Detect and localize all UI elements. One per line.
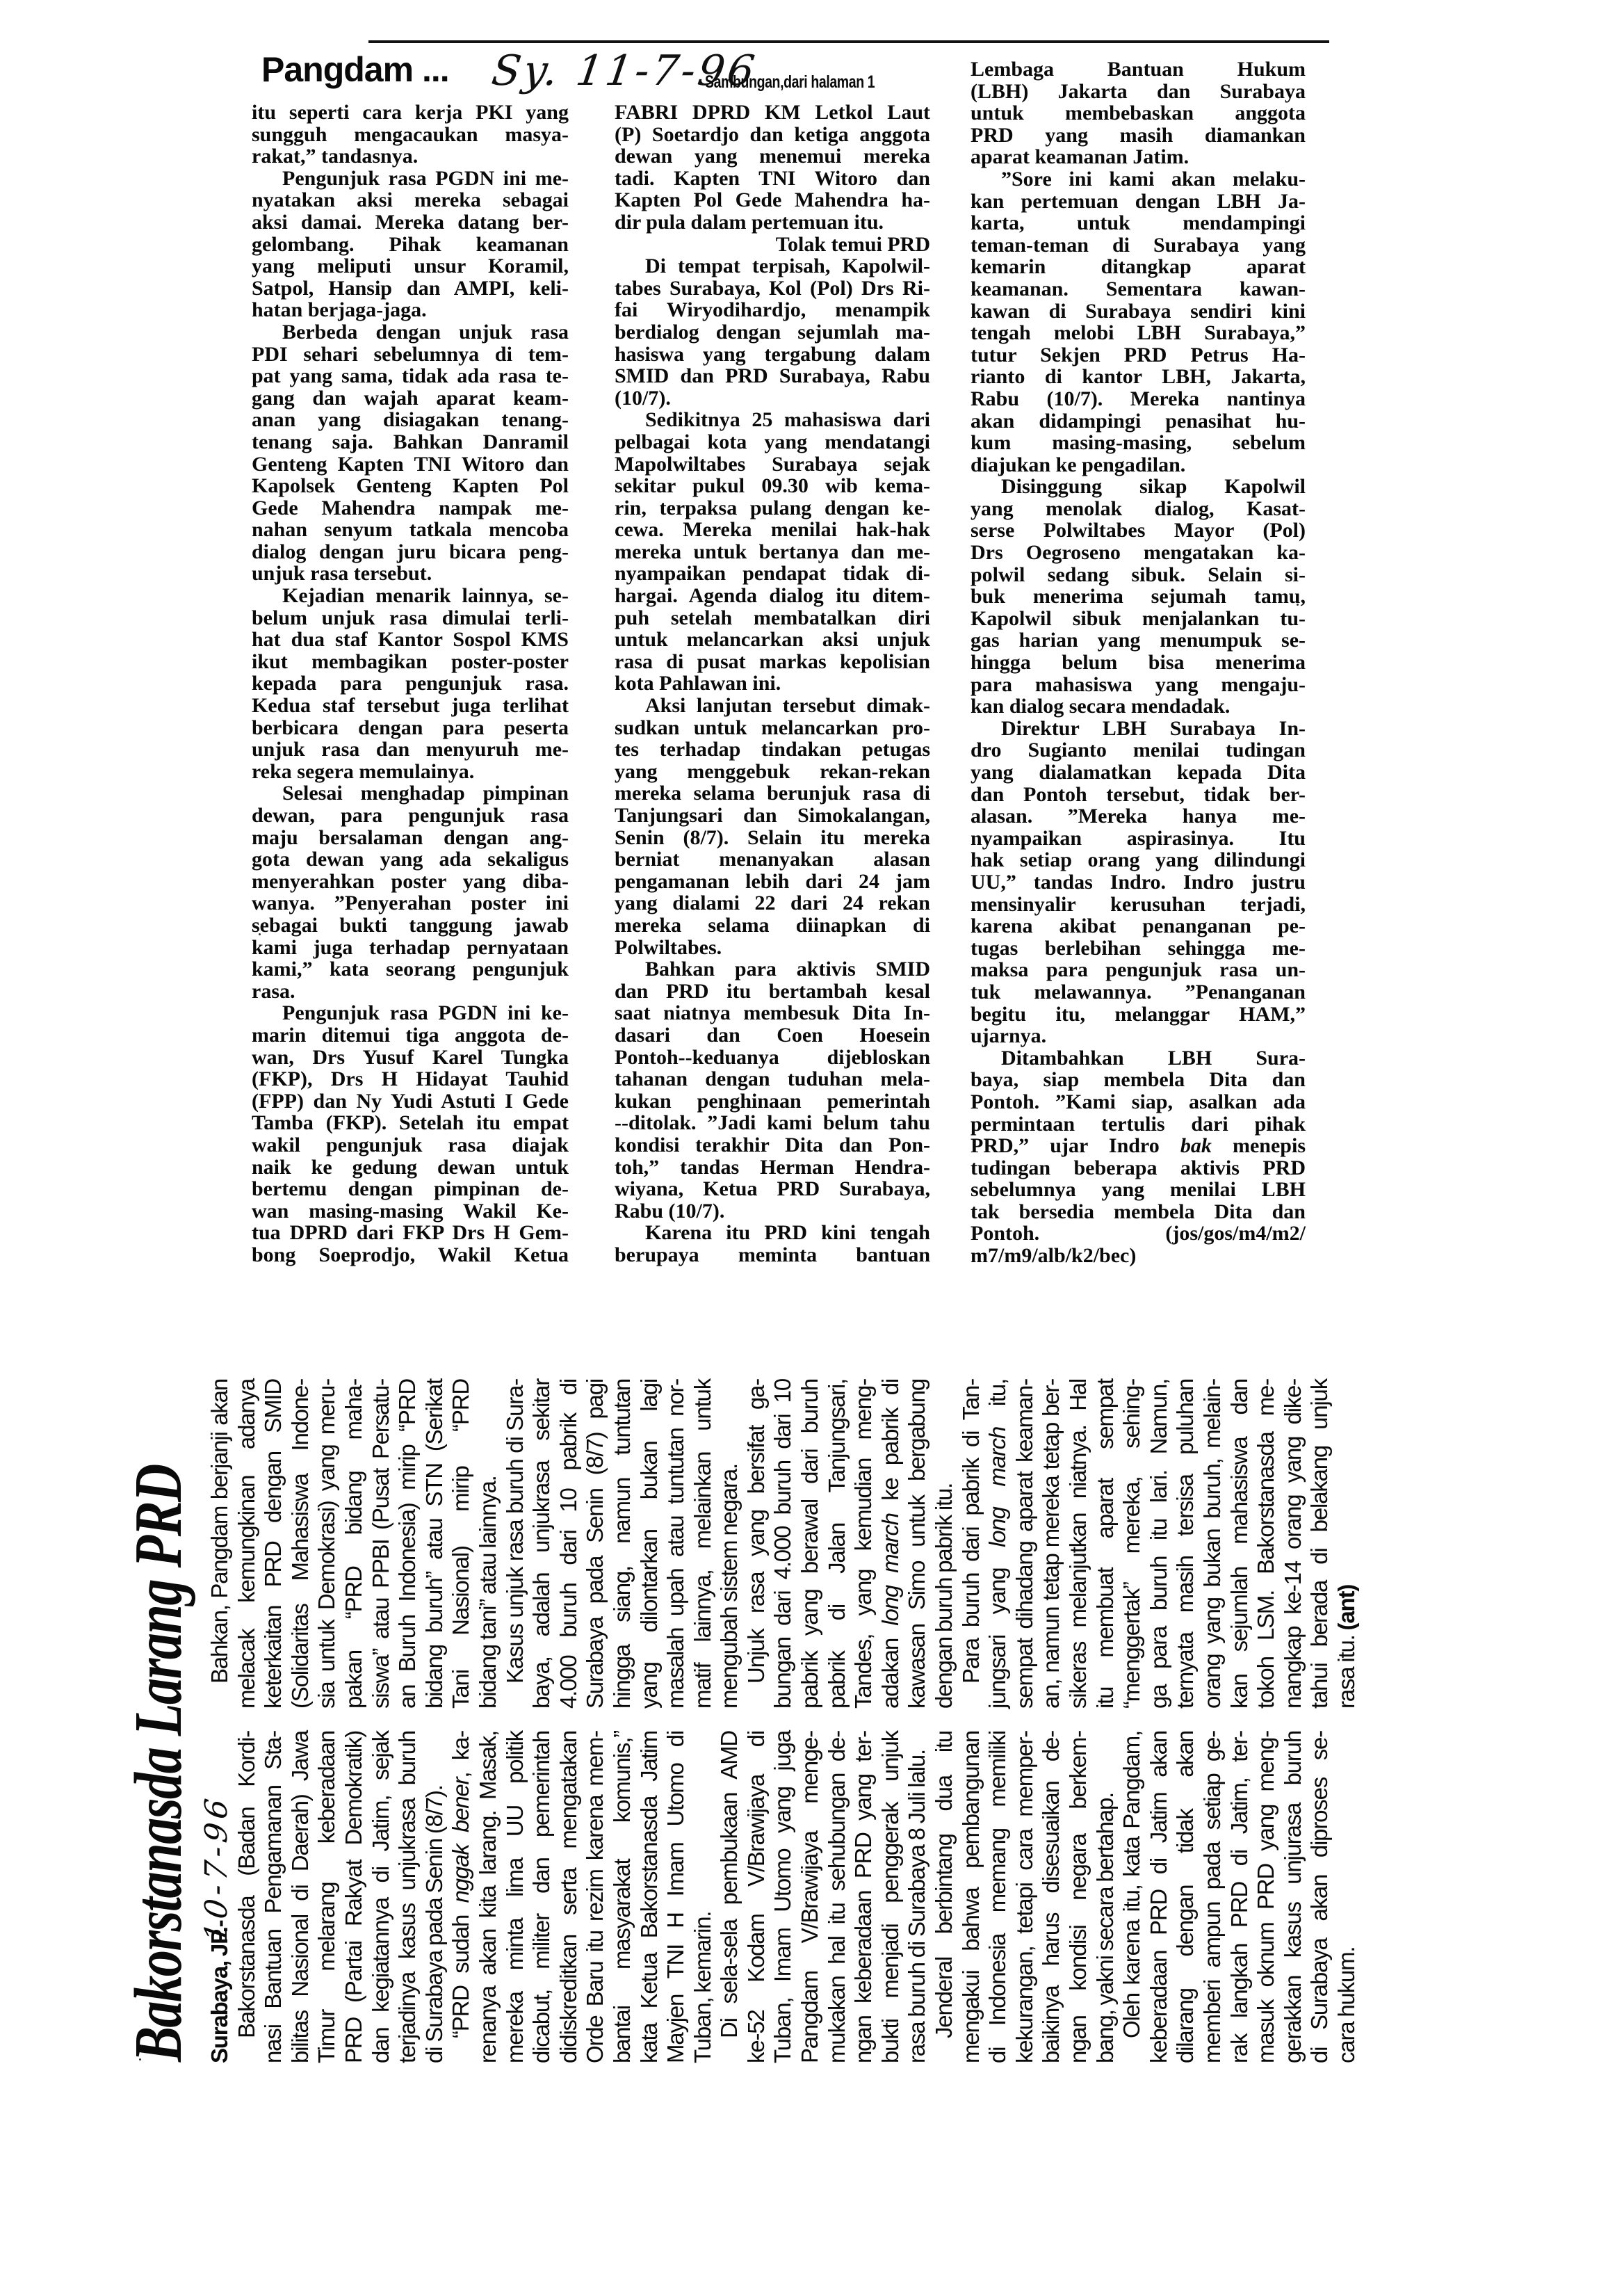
text-line: kekurangan, tetapi cara memper- <box>1012 1731 1039 2063</box>
text-line: hasiswa yang tergabung dalam <box>615 344 930 366</box>
text-line: Rabu (10/7). Mereka nantinya <box>971 388 1306 410</box>
text-line: sebagai bukti tanggung jawab <box>252 914 569 937</box>
text-line: renanya akan kita larang. Masak, <box>475 1731 502 2063</box>
text-line: rasa. <box>252 981 569 1003</box>
text-line: Sedikitnya 25 mahasiswa dari <box>615 409 930 431</box>
text-line: Kasus unjuk rasa buruh di Sura- <box>502 1379 529 1709</box>
text-line: Tanjungsari dan Simokalangan, <box>615 805 930 827</box>
text-line: pabrik yang berawal dari buruh <box>797 1379 824 1709</box>
text-line: Bakorstanasda (Badan Kordi- <box>234 1731 261 2063</box>
text-line: kawan di Surabaya sendiri kini <box>971 300 1306 323</box>
text-line: Bahkan para aktivis SMID <box>615 958 930 981</box>
rotated-article-column-1: Surabaya, JP.-Bakorstanasda (Badan Kordi… <box>206 1731 1361 2063</box>
text-line: Pontoh. (jos/gos/m4/m2/ <box>971 1223 1306 1245</box>
text-line: Oleh karena itu, kata Pangdam, <box>1119 1731 1146 2063</box>
text-line: --ditolak. ”Jadi kami belum tahu <box>615 1112 930 1134</box>
text-line: Tuban, kemarin. <box>690 1731 717 2063</box>
text-line: (LBH) Jakarta dan Surabaya <box>971 81 1306 103</box>
text-line: yang menggebuk rekan-rekan <box>615 761 930 783</box>
text-line: untuk membebaskan anggota <box>971 102 1306 124</box>
text-line: sebelumnya yang menilai LBH <box>971 1179 1306 1201</box>
text-line: tuk melawannya. ”Penanganan <box>971 981 1306 1003</box>
text-line: masalah upah atau tuntutan nor- <box>663 1379 690 1709</box>
text-line: aparat keamanan Jatim. <box>971 146 1306 168</box>
article-column-1: itu seperti cara kerja PKI yangsungguh m… <box>252 102 569 1266</box>
scan-speck <box>259 933 261 935</box>
text-line: FABRI DPRD KM Letkol Laut <box>615 102 930 124</box>
text-line: untuk melancarkan aksi unjuk <box>615 629 930 651</box>
text-line: yang dialami 22 dari 24 rekan <box>615 892 930 914</box>
text-line: mereka untuk bertanya dan me- <box>615 541 930 563</box>
text-line: nahan senyum tatkala mencoba <box>252 519 569 541</box>
text-line: masuk oknum PRD yang meng- <box>1253 1731 1280 2063</box>
text-line: hak setiap orang yang dilindungi <box>971 849 1306 871</box>
text-line: Polwiltabes. <box>615 937 930 959</box>
text-line: Kapten Pol Gede Mahendra ha- <box>615 189 930 211</box>
text-line: kum masing-masing, sebelum <box>971 432 1306 454</box>
text-line: berdialog dengan sejumlah ma- <box>615 321 930 344</box>
text-line: bong Soeprodjo, Wakil Ketua <box>252 1244 569 1266</box>
scan-speck <box>1297 604 1299 606</box>
text-line: dan PRD itu bertambah kesal <box>615 981 930 1003</box>
text-line: Selesai menghadap pimpinan <box>252 782 569 805</box>
text-line: ngan kondisi negara berkem- <box>1065 1731 1092 2063</box>
text-line: sungguh mengacaukan masya- <box>252 124 569 146</box>
text-line: menyerahkan poster yang diba- <box>252 871 569 893</box>
text-line: kami juga terhadap pernyataan <box>252 937 569 959</box>
text-line: pabrik di Jalan Tanjungsari, <box>824 1379 851 1709</box>
text-line: yang menolak dialog, Kasat- <box>971 498 1306 520</box>
text-line: Ditambahkan LBH Sura- <box>971 1047 1306 1070</box>
article-column-3: Lembaga Bantuan Hukum(LBH) Jakarta dan S… <box>971 58 1306 1267</box>
text-line: bidang buruh” atau STN (Serikat <box>421 1379 448 1709</box>
text-line: tengah melobi LBH Surabaya,” <box>971 322 1306 344</box>
text-line: yang dialamatkan kepada Dita <box>971 761 1306 784</box>
text-line: tes terhadap tindakan petugas <box>615 739 930 761</box>
text-line: dicabut, militer dan pemerintah <box>528 1731 555 2063</box>
text-line: unjuk rasa dan menyuruh me- <box>252 739 569 761</box>
text-line: cara hukum. <box>1333 1731 1361 2063</box>
text-line: Mapolwiltabes Surabaya sejak <box>615 453 930 476</box>
text-line: permintaan tertulis dari pihak <box>971 1113 1306 1136</box>
text-line: mereka minta lima UU politik <box>502 1731 529 2063</box>
text-line: itu membuat aparat sempat <box>1092 1379 1119 1709</box>
text-line: bungan dari 4.000 buruh dari 10 <box>770 1379 797 1709</box>
text-line: (FPP) dan Ny Yudi Astuti I Gede <box>252 1090 569 1113</box>
text-line: dir pula dalam pertemuan itu. <box>615 211 930 234</box>
text-line: jungsari yang long march itu, <box>984 1379 1012 1709</box>
text-line: hat dua staf Kantor Sospol KMS <box>252 629 569 651</box>
text-line: dan Pontoh tersebut, tidak ber- <box>971 784 1306 806</box>
text-line: pakan “PRD bidang maha- <box>341 1379 368 1709</box>
text-line: sudkan untuk melancarkan pro- <box>615 717 930 739</box>
text-line: Tandes, yang kemudian meng- <box>850 1379 877 1709</box>
text-line: Pontoh--keduanya dijebloskan <box>615 1047 930 1069</box>
text-line: rianto di kantor LBH, Jakarta, <box>971 366 1306 388</box>
text-line: pelbagai kota yang mendatangi <box>615 431 930 453</box>
text-line: di Indonesia memang memiliki <box>984 1731 1012 2063</box>
text-line: “menggertak” mereka, sehing- <box>1119 1379 1146 1709</box>
text-line: tak bersedia membela Dita dan <box>971 1201 1306 1223</box>
text-line: bidang tani” atau lainnya. <box>475 1379 502 1709</box>
text-line: Drs Oegroseno mengatakan ka- <box>971 542 1306 564</box>
text-line: polwil sedang sibuk. Selain si- <box>971 564 1306 586</box>
text-line: Pengunjuk rasa PGDN ini ke- <box>252 1002 569 1024</box>
text-line: rin, terpaksa pulang dengan ke- <box>615 497 930 519</box>
text-line: sia untuk Demokrasi) yang meru- <box>314 1379 341 1709</box>
text-line: (FKP), Drs H Hidayat Tauhid <box>252 1068 569 1090</box>
text-line: Bahkan, Pangdam berjanji akan <box>206 1379 234 1709</box>
text-line: PRD (Partai Rakyat Demokratik) <box>341 1731 368 2063</box>
text-line: Tani Nasional) mirip “PRD <box>448 1379 475 1709</box>
text-line: pat yang sama, tidak ada rasa te- <box>252 365 569 387</box>
text-line: belum unjuk rasa dimulai terli- <box>252 607 569 629</box>
text-line: wakil pengunjuk rasa diajak <box>252 1134 569 1156</box>
text-line: unjuk rasa tersebut. <box>252 563 569 585</box>
text-line: ke-52 Kodam V/Brawijaya di <box>743 1731 770 2063</box>
scan-speck <box>915 702 917 704</box>
text-line: di Surabaya pada Senin (8/7). <box>421 1731 448 2063</box>
text-line: rasa buruh di Surabaya 8 Juli lalu. <box>904 1731 931 2063</box>
text-line: Para buruh dari pabrik di Tan- <box>958 1379 985 1709</box>
text-line: dilarang dengan tidak akan <box>1172 1731 1199 2063</box>
text-line: tahui berada di belakang unjuk <box>1306 1379 1333 1709</box>
text-line: Gede Mahendra nampak me- <box>252 497 569 519</box>
text-line: Jenderal berbintang dua itu <box>931 1731 958 2063</box>
text-line: diajukan ke pengadilan. <box>971 454 1306 476</box>
text-line: Genteng Kapten TNI Witoro dan <box>252 453 569 476</box>
text-line: gota dewan yang ada sekaligus <box>252 848 569 871</box>
text-line: bukti menjadi penggerak unjuk <box>877 1731 904 2063</box>
text-line: berupaya meminta bantuan <box>615 1244 930 1266</box>
text-line: (P) Soetardjo dan ketiga anggota <box>615 124 930 146</box>
text-line: hargai. Agenda dialog itu ditem- <box>615 585 930 607</box>
text-line: adakan long march ke pabrik di <box>877 1379 904 1709</box>
text-line: Kapolwil sibuk menjalankan tu- <box>971 608 1306 630</box>
text-line: kepada para pengunjuk rasa. <box>252 672 569 695</box>
text-line: kemarin ditangkap aparat <box>971 256 1306 278</box>
text-line: nyampaikan aspirasinya. Itu <box>971 828 1306 850</box>
text-line: para mahasiswa yang mengaju- <box>971 674 1306 696</box>
text-line: dro Sugianto menilai tudingan <box>971 739 1306 761</box>
text-line: Orde Baru itu rezim karena mem- <box>582 1731 609 2063</box>
text-line: tua DPRD dari FKP Drs H Gem- <box>252 1222 569 1244</box>
text-line: bertemu dengan pimpinan de- <box>252 1178 569 1200</box>
text-line: mereka selama diinapkan di <box>615 914 930 937</box>
text-line: an Buruh Indonesia) mirip “PRD <box>394 1379 421 1709</box>
text-line: Berbeda dengan unjuk rasa <box>252 321 569 344</box>
text-line: serse Polwiltabes Mayor (Pol) <box>971 519 1306 542</box>
text-line: gas harian yang menumpuk se- <box>971 629 1306 652</box>
text-line: an, namun tetap mereka tetap ber- <box>1038 1379 1065 1709</box>
continuation-headline: Pangdam ... <box>261 49 449 90</box>
text-line: marin ditemui tiga anggota de- <box>252 1024 569 1047</box>
text-line: wanya. ”Penyerahan poster ini <box>252 892 569 914</box>
text-line: kota Pahlawan ini. <box>615 672 930 695</box>
text-line: toh,” tandas Herman Hendra- <box>615 1156 930 1179</box>
text-line: Timur melarang keberadaan <box>314 1731 341 2063</box>
text-line: hingga siang, namun tuntutan <box>609 1379 636 1709</box>
text-line: bantai masyarakat komunis,” <box>609 1731 636 2063</box>
text-line: Kapolsek Genteng Kapten Pol <box>252 475 569 497</box>
text-line: keamanan. Sementara kawan- <box>971 278 1306 300</box>
text-line: Satpol, Hansip dan AMPI, keli- <box>252 277 569 300</box>
text-line: PDI sehari sebelumnya di tem- <box>252 344 569 366</box>
text-line: kawasan Simo untuk bergabung <box>904 1379 931 1709</box>
text-line: dialog dengan juru bicara peng- <box>252 541 569 563</box>
text-line: buk menerima sejumah tamu, <box>971 586 1306 608</box>
text-line: baikinya harus disesuaikan de- <box>1038 1731 1065 2063</box>
text-line: terjadinya kasus unjukrasa buruh <box>394 1731 421 2063</box>
text-line: ”Sore ini kami akan melaku- <box>971 168 1306 191</box>
text-line: (10/7). <box>615 387 930 410</box>
text-line: memberi ampun pada setiap ge- <box>1199 1731 1226 2063</box>
text-line: tokoh LSM. Bakorstanasda me- <box>1253 1379 1280 1709</box>
text-line: rasa itu. (ant) <box>1333 1379 1361 1709</box>
text-line: didiskreditkan serta mengatakan <box>555 1731 583 2063</box>
text-line: Direktur LBH Surabaya In- <box>971 718 1306 740</box>
text-line: wan masing-masing Wakil Ke- <box>252 1200 569 1223</box>
subheading: Tolak temui PRD <box>615 234 930 256</box>
text-line: ikut membagikan poster-poster <box>252 651 569 673</box>
text-line: karta, untuk mendampingi <box>971 212 1306 234</box>
text-line: Surabaya pada Senin (8/7) pagi <box>582 1379 609 1709</box>
text-line: yang dilontarkan bukan lagi <box>636 1379 663 1709</box>
continued-from-label: Sambungan,dari halaman 1 <box>705 72 875 92</box>
rotated-article-headline: Bakorstanasda Larang PRD <box>129 1525 188 2062</box>
rotated-article-column-2: Bahkan, Pangdam berjanji akanmelacak kem… <box>206 1379 1361 1709</box>
text-line: siswa” atau PPBI (Pusat Persatu- <box>368 1379 395 1709</box>
text-line: tadi. Kapten TNI Witoro dan <box>615 168 930 190</box>
text-line: nyampaikan pendapat tidak di- <box>615 563 930 585</box>
text-line: kan pertemuan dengan LBH Ja- <box>971 191 1306 213</box>
text-line: dengan buruh pabrik itu. <box>931 1379 958 1709</box>
text-line: m7/m9/alb/k2/bec) <box>971 1245 1306 1267</box>
text-line: Di tempat terpisah, Kapolwil- <box>615 255 930 277</box>
text-line: nyatakan aksi mereka sebagai <box>252 189 569 211</box>
text-line: orang yang bukan buruh, melain- <box>1199 1379 1226 1709</box>
text-line: Pengunjuk rasa PGDN ini me- <box>252 168 569 190</box>
text-line: mereka selama berunjuk rasa di <box>615 782 930 805</box>
text-line: gerakkan kasus unjurasa buruh <box>1280 1731 1307 2063</box>
text-line: karena akibat penanganan pe- <box>971 915 1306 937</box>
dateline-label: Surabaya, JP.- <box>206 1921 232 2063</box>
article-column-2: FABRI DPRD KM Letkol Laut(P) Soetardjo d… <box>615 102 930 1266</box>
text-line: Di sela-sela pembukaan AMD <box>716 1731 743 2063</box>
text-line: baya, siap membela Dita dan <box>971 1069 1306 1091</box>
text-line: begitu itu, melanggar HAM,” <box>971 1003 1306 1026</box>
text-line: tugas berlebihan sehingga me- <box>971 937 1306 960</box>
text-line: kami,” kata seorang pengunjuk <box>252 958 569 981</box>
text-line: nangkap ke-14 orang yang dike- <box>1280 1379 1307 1709</box>
text-line: dan kegiatannya di Jatim, sejak <box>368 1731 395 2063</box>
text-line: Tuban, Imam Utomo yang juga <box>770 1731 797 2063</box>
text-line: SMID dan PRD Surabaya, Rabu <box>615 365 930 387</box>
text-line: kukan penghinaan pemerintah <box>615 1090 930 1113</box>
text-line: saat niatnya membesuk Dita In- <box>615 1002 930 1024</box>
text-line: Disinggung sikap Kapolwil <box>971 476 1306 498</box>
text-line: rasa di pusat markas kepolisian <box>615 651 930 673</box>
scan-speck <box>139 2058 141 2061</box>
text-line: maju bersalaman dengan ang- <box>252 827 569 849</box>
text-line: dewan yang menemui mereka <box>615 145 930 168</box>
text-line: dewan, para pengunjuk rasa <box>252 805 569 827</box>
text-line: maksa para pengunjuk rasa un- <box>971 959 1306 981</box>
text-line: kondisi terakhir Dita dan Pon- <box>615 1134 930 1156</box>
text-line: nasi Bantuan Pengamanan Sta- <box>260 1731 287 2063</box>
text-line: gang dan wajah aparat keam- <box>252 387 569 410</box>
text-line: reka segera memulainya. <box>252 761 569 783</box>
text-line: aksi damai. Mereka datang ber- <box>252 211 569 234</box>
text-line: ga para buruh itu lari. Namun, <box>1146 1379 1173 1709</box>
text-line: keberadaan PRD di Jatim akan <box>1146 1731 1173 2063</box>
text-line: teman-teman di Surabaya yang <box>971 234 1306 257</box>
text-line: ujarnya. <box>971 1025 1306 1047</box>
text-line: PRD,” ujar Indro bak menepis <box>971 1135 1306 1157</box>
text-line: kata Ketua Bakorstanasda Jatim <box>636 1731 663 2063</box>
text-line: 4.000 buruh dari 10 pabrik di <box>555 1379 583 1709</box>
text-line: naik ke gedung dewan untuk <box>252 1156 569 1179</box>
text-line: wiyana, Ketua PRD Surabaya, <box>615 1178 930 1200</box>
dateline: Surabaya, JP.- <box>206 1731 234 2063</box>
text-line: berniat menanyakan alasan <box>615 848 930 871</box>
text-line: Mayjen TNI H Imam Utomo di <box>663 1731 690 2063</box>
text-line: alasan. ”Mereka hanya me- <box>971 805 1306 828</box>
text-line: tenang saja. Bahkan Danramil <box>252 431 569 453</box>
text-line: PRD yang masih diamankan <box>971 124 1306 147</box>
text-line: tahanan dengan tuduhan mela- <box>615 1068 930 1090</box>
text-line: Rabu (10/7). <box>615 1200 930 1223</box>
text-line: Pangdam V/Brawijaya menge- <box>797 1731 824 2063</box>
text-line: kan dialog secara mendadak. <box>971 695 1306 718</box>
text-line: hatan berjaga-jaga. <box>252 299 569 321</box>
text-line: rakat,” tandasnya. <box>252 145 569 168</box>
text-line: Karena itu PRD kini tengah <box>615 1222 930 1244</box>
text-line: anan yang disiagakan tenang- <box>252 409 569 431</box>
text-line: dasari dan Coen Hoesein <box>615 1024 930 1047</box>
text-line: Tamba (FKP). Setelah itu empat <box>252 1112 569 1134</box>
text-line: fai Wiryodihardjo, menampik <box>615 299 930 321</box>
text-line: rak langkah PRD di Jatim, ter- <box>1226 1731 1253 2063</box>
text-line: wan, Drs Yusuf Karel Tungka <box>252 1047 569 1069</box>
text-line: berbicara dengan para peserta <box>252 717 569 739</box>
text-line: mensinyalir kerusuhan terjadi, <box>971 894 1306 916</box>
text-line: mengakui bahwa pembangunan <box>958 1731 985 2063</box>
text-line: sekitar pukul 09.30 wib kema- <box>615 475 930 497</box>
text-line: mukakan hal itu sehubungan de- <box>824 1731 851 2063</box>
text-line: Kedua staf tersebut juga terlihat <box>252 695 569 717</box>
text-line: bang, yakni secara bertahap. <box>1092 1731 1119 2063</box>
text-line: Lembaga Bantuan Hukum <box>971 58 1306 81</box>
text-line: tabes Surabaya, Kol (Pol) Drs Ri- <box>615 277 930 300</box>
text-line: Kejadian menarik lainnya, se- <box>252 585 569 607</box>
text-line: sempat dihadang aparat keaman- <box>1012 1379 1039 1709</box>
text-line: mengubah sistem negara. <box>716 1379 743 1709</box>
text-line: “PRD sudah nggak bener, ka- <box>448 1731 475 2063</box>
text-line: matif lainnya, melainkan untuk <box>690 1379 717 1709</box>
text-line: Pontoh. ”Kami siap, asalkan ada <box>971 1091 1306 1113</box>
text-line: puh setelah membatalkan diri <box>615 607 930 629</box>
text-line: cewa. Mereka menilai hak-hak <box>615 519 930 541</box>
rotated-article: Bakorstanasda Larang PRD 10-7-96 Surabay… <box>129 1373 1408 2069</box>
text-line: ngan keberadaan PRD yang ter- <box>850 1731 877 2063</box>
text-line: Unjuk rasa yang bersifat ga- <box>743 1379 770 1709</box>
text-line: melacak kemungkinan adanya <box>234 1379 261 1709</box>
text-line: gelombang. Pihak keamanan <box>252 234 569 256</box>
text-line: itu seperti cara kerja PKI yang <box>252 102 569 124</box>
text-line: bilitas Nasional di Daerah) Jawa <box>287 1731 314 2063</box>
text-line: ternyata masih tersisa puluhan <box>1172 1379 1199 1709</box>
text-line: hingga belum bisa menerima <box>971 652 1306 674</box>
text-line: tutur Sekjen PRD Petrus Ha- <box>971 344 1306 366</box>
text-line: pengamanan lebih dari 24 jam <box>615 871 930 893</box>
text-line: Aksi lanjutan tersebut dimak- <box>615 695 930 717</box>
text-line: kan sejumlah mahasiswa dan <box>1226 1379 1253 1709</box>
text-line: yang meliputi unsur Koramil, <box>252 255 569 277</box>
text-line: Senin (8/7). Selain itu mereka <box>615 827 930 849</box>
text-line: sikeras melanjutkan niatnya. Hal <box>1065 1379 1092 1709</box>
text-line: baya, adalah unjukrasa sekitar <box>528 1379 555 1709</box>
text-line: akan didampingi penasihat hu- <box>971 410 1306 433</box>
text-line: (Solidaritas Mahasiswa Indone- <box>287 1379 314 1709</box>
text-line: tudingan beberapa aktivis PRD <box>971 1157 1306 1179</box>
text-line: UU,” tandas Indro. Indro justru <box>971 871 1306 894</box>
text-line: di Surabaya akan diproses se- <box>1306 1731 1333 2063</box>
text-line: keterkaitan PRD dengan SMID <box>260 1379 287 1709</box>
